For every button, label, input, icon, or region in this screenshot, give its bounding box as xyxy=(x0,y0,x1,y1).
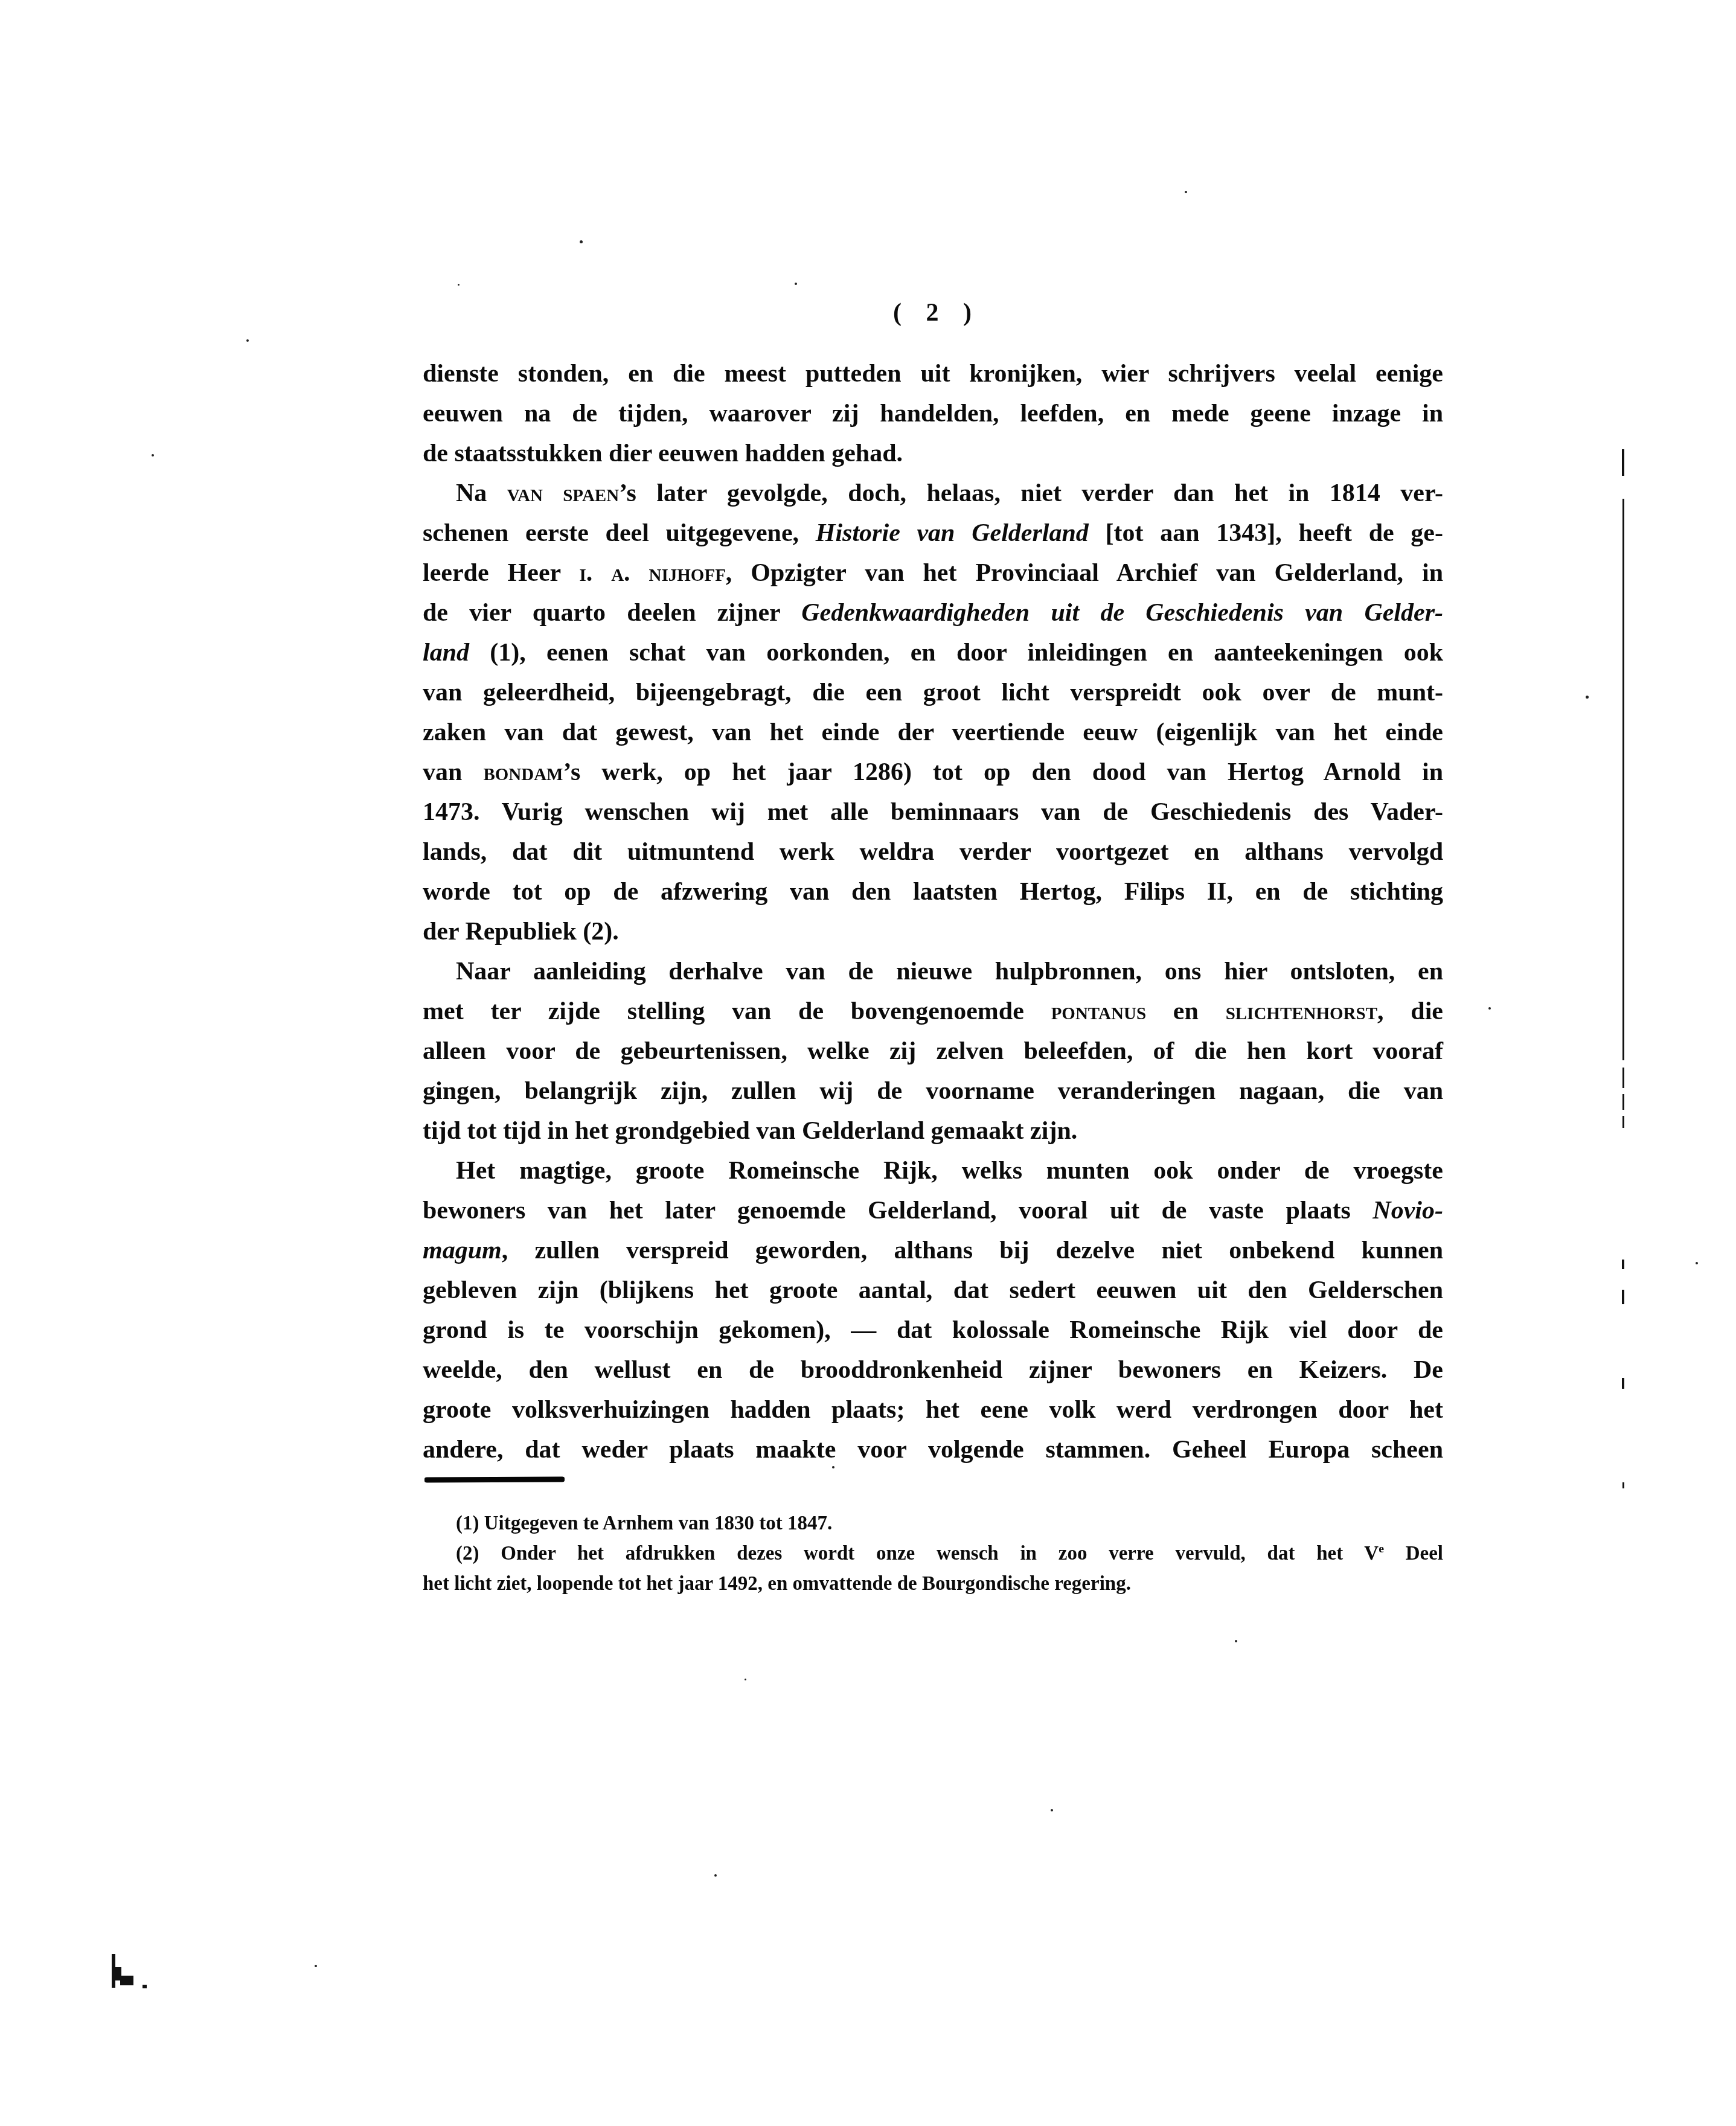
text-line: Naar aanleiding derhalve van de nieuwe h… xyxy=(423,952,1443,991)
text-run: Deel xyxy=(1384,1543,1443,1564)
text-line: tijd tot tijd in het grondgebied van Gel… xyxy=(423,1111,1443,1151)
text-line: leerde Heer i. a. nijhoff, Opzigter van … xyxy=(423,553,1443,593)
text-line: lands, dat dit uitmuntend werk weldra ve… xyxy=(423,832,1443,872)
text-run: worde tot op de afzwering van den laatst… xyxy=(423,878,1443,906)
text-run: Novio- xyxy=(1372,1197,1443,1225)
text-run: (2) Onder het afdrukken dezes wordt onze… xyxy=(456,1543,1379,1564)
text-run: land xyxy=(423,639,469,667)
text-run: van geleerdheid, bijeengebragt, die een … xyxy=(423,679,1443,706)
text-line: Het magtige, groote Romeinsche Rijk, wel… xyxy=(423,1151,1443,1191)
text-run: andere, dat weder plaats maakte voor vol… xyxy=(423,1436,1443,1464)
text-line: andere, dat weder plaats maakte voor vol… xyxy=(423,1430,1443,1470)
footnote-separator xyxy=(424,1477,565,1483)
text-line: magum, zullen verspreid geworden, althan… xyxy=(423,1231,1443,1270)
page-edge-line xyxy=(1622,1094,1624,1110)
text-run: van xyxy=(423,758,483,786)
text-run: de vier quarto deelen zijner xyxy=(423,599,801,627)
text-line: groote volksverhuizingen hadden plaats; … xyxy=(423,1390,1443,1430)
text-line: alleen voor de gebeurtenissen, welke zij… xyxy=(423,1031,1443,1071)
text-line: bewoners van het later genoemde Gelderla… xyxy=(423,1191,1443,1231)
text-run: schenen eerste deel uitgegevene, xyxy=(423,519,816,547)
text-run: , zullen verspreid geworden, althans bij… xyxy=(502,1237,1443,1264)
scan-speck xyxy=(246,339,249,342)
page-edge-line xyxy=(1622,1116,1624,1128)
scan-speck xyxy=(1488,1007,1491,1010)
scan-speck xyxy=(832,1466,834,1468)
text-line: worde tot op de afzwering van den laatst… xyxy=(423,872,1443,912)
footnotes: (1) Uitgegeven te Arnhem van 1830 tot 18… xyxy=(423,1508,1443,1599)
text-run: tijd tot tijd in het grondgebied van Gel… xyxy=(423,1117,1077,1145)
text-run: en xyxy=(1146,997,1226,1025)
page-edge-line xyxy=(1622,1378,1624,1389)
book-page: ( 2 ) dienste stonden, en die meest putt… xyxy=(0,0,1736,2126)
text-run: bondam xyxy=(483,758,563,786)
text-line: gingen, belangrijk zijn, zullen wij de v… xyxy=(423,1071,1443,1111)
text-run: Het magtige, groote Romeinsche Rijk, wel… xyxy=(456,1157,1443,1185)
text-run: de staatsstukken dier eeuwen hadden geha… xyxy=(423,440,903,467)
text-run: bewoners van het later genoemde Gelderla… xyxy=(423,1197,1372,1225)
page-edge-line xyxy=(1622,1482,1624,1488)
scan-speck xyxy=(714,1874,717,1877)
scan-speck xyxy=(458,284,460,286)
text-run: slichtenhorst xyxy=(1226,997,1377,1025)
text-line: van bondam’s werk, op het jaar 1286) tot… xyxy=(423,752,1443,792)
text-run: het licht ziet, loopende tot het jaar 14… xyxy=(423,1573,1131,1595)
text-run: der Republiek (2). xyxy=(423,918,619,946)
text-line: weelde, den wellust en de brooddronkenhe… xyxy=(423,1350,1443,1390)
scan-speck xyxy=(1051,1809,1053,1811)
text-run: lands, dat dit uitmuntend werk weldra ve… xyxy=(423,838,1443,866)
text-line: grond is te voorschijn gekomen), — dat k… xyxy=(423,1310,1443,1350)
body-text: dienste stonden, en die meest putteden u… xyxy=(423,354,1443,1470)
scan-speck xyxy=(745,1679,746,1680)
page-edge-line xyxy=(1622,1068,1624,1088)
text-run: (1), eenen schat van oorkonden, en door … xyxy=(469,639,1443,667)
text-run: ’s later gevolgde, doch, helaas, niet ve… xyxy=(619,479,1443,507)
text-run: dienste stonden, en die meest putteden u… xyxy=(423,360,1443,388)
text-run: magum xyxy=(423,1237,502,1264)
ink-blot xyxy=(120,1976,133,1985)
scan-speck xyxy=(1696,1262,1698,1264)
text-run: gebleven zijn (blijkens het groote aanta… xyxy=(423,1276,1443,1304)
text-line: (2) Onder het afdrukken dezes wordt onze… xyxy=(423,1538,1443,1569)
text-line: der Republiek (2). xyxy=(423,912,1443,952)
scan-speck xyxy=(1586,696,1589,699)
text-line: de staatsstukken dier eeuwen hadden geha… xyxy=(423,434,1443,473)
text-run: met ter zijde stelling van de bovengenoe… xyxy=(423,997,1051,1025)
page-number: ( 2 ) xyxy=(423,298,1443,327)
scan-speck xyxy=(1235,1640,1237,1642)
text-line: zaken van dat gewest, van het einde der … xyxy=(423,712,1443,752)
text-line: eeuwen na de tijden, waarover zij handel… xyxy=(423,394,1443,434)
text-run: pontanus xyxy=(1051,997,1146,1025)
text-line: 1473. Vurig wenschen wij met alle beminn… xyxy=(423,792,1443,832)
text-run: 1473. Vurig wenschen wij met alle beminn… xyxy=(423,798,1443,826)
text-run: ’s werk, op het jaar 1286) tot op den do… xyxy=(563,758,1444,786)
text-run: [tot aan 1343], heeft de ge- xyxy=(1089,519,1443,547)
text-line: dienste stonden, en die meest putteden u… xyxy=(423,354,1443,394)
scan-speck xyxy=(315,1965,317,1967)
text-line: met ter zijde stelling van de bovengenoe… xyxy=(423,991,1443,1031)
text-line: van geleerdheid, bijeengebragt, die een … xyxy=(423,673,1443,712)
text-run: gingen, belangrijk zijn, zullen wij de v… xyxy=(423,1077,1443,1105)
text-line: land (1), eenen schat van oorkonden, en … xyxy=(423,633,1443,673)
text-line: gebleven zijn (blijkens het groote aanta… xyxy=(423,1270,1443,1310)
page-edge-line xyxy=(1622,1290,1624,1304)
scan-speck xyxy=(795,283,797,285)
text-run: eeuwen na de tijden, waarover zij handel… xyxy=(423,400,1443,427)
text-run: , die xyxy=(1377,997,1443,1025)
text-run: leerde Heer xyxy=(423,559,579,587)
page-edge-line xyxy=(1622,499,1624,1060)
text-run: Na xyxy=(456,479,507,507)
text-run: grond is te voorschijn gekomen), — dat k… xyxy=(423,1316,1443,1344)
text-run: (1) Uitgegeven te Arnhem van 1830 tot 18… xyxy=(456,1513,832,1534)
text-run: alleen voor de gebeurtenissen, welke zij… xyxy=(423,1037,1443,1065)
text-line: de vier quarto deelen zijner Gedenkwaard… xyxy=(423,593,1443,633)
text-run: groote volksverhuizingen hadden plaats; … xyxy=(423,1396,1443,1424)
text-run: , Opzigter van het Provinciaal Archief v… xyxy=(726,559,1443,587)
page-edge-line xyxy=(1622,449,1624,476)
text-line: schenen eerste deel uitgegevene, Histori… xyxy=(423,513,1443,553)
page-edge-line xyxy=(1622,1260,1624,1269)
text-line: (1) Uitgegeven te Arnhem van 1830 tot 18… xyxy=(423,1508,1443,1538)
scan-speck xyxy=(580,240,583,243)
ink-blot xyxy=(143,1985,147,1988)
text-run: Historie van Gelderland xyxy=(816,519,1089,547)
scan-speck xyxy=(1185,191,1187,193)
text-run: weelde, den wellust en de brooddronkenhe… xyxy=(423,1356,1443,1384)
text-run: Naar aanleiding derhalve van de nieuwe h… xyxy=(456,958,1443,985)
text-run: Gedenkwaardigheden uit de Geschiedenis v… xyxy=(801,599,1443,627)
text-run: zaken van dat gewest, van het einde der … xyxy=(423,719,1443,746)
text-run: van spaen xyxy=(507,479,619,507)
text-run: e xyxy=(1379,1542,1384,1555)
text-line: Na van spaen’s later gevolgde, doch, hel… xyxy=(423,473,1443,513)
scan-speck xyxy=(152,454,154,456)
text-run: i. a. nijhoff xyxy=(579,559,725,587)
text-line: het licht ziet, loopende tot het jaar 14… xyxy=(423,1569,1443,1599)
